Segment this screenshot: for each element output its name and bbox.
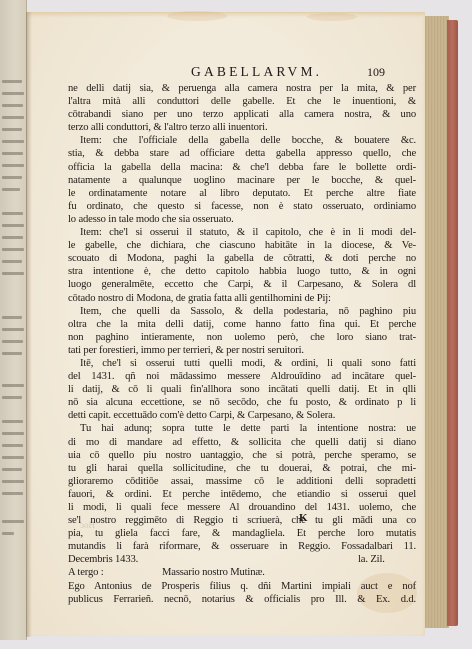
text-line: se'l nostro reggimēto di Reggio ti scriu… <box>68 514 416 527</box>
facing-page-text <box>2 520 24 523</box>
facing-page-text <box>2 80 22 83</box>
text-line: tati per forestieri, immo per terrieri, … <box>68 344 416 357</box>
text-line: lo adesso in tale modo che sia osseruato… <box>68 213 416 226</box>
text-line: ne delli datij sia, & peruenga alla came… <box>68 82 416 95</box>
text-line: natamente a qualunque uoglino macinare p… <box>68 174 416 187</box>
running-head: GABELLARVM. 109 <box>27 64 425 80</box>
facing-page-text <box>2 188 20 191</box>
facing-page-text <box>2 152 23 155</box>
text-line: li datij, & cō li quali fin'allhora sono… <box>68 383 416 396</box>
text-line: glioraremo cōditiōe assai, massime cō le… <box>68 475 416 488</box>
text-line: stra intentione è, che detto capitolo ha… <box>68 265 416 278</box>
facing-page-text <box>2 432 24 435</box>
facing-page-text <box>2 128 22 131</box>
facing-page-text <box>2 224 24 227</box>
foxing-stain <box>307 13 357 21</box>
text-line: tu gli harai quella sollicitudine, che t… <box>68 462 416 475</box>
text-line: di mo di mandare ad effetto, & sollicita… <box>68 436 416 449</box>
facing-page-text <box>2 236 23 239</box>
text-line: officia la gabella della macina: & che'l… <box>68 161 416 174</box>
paragraph-start: Item: che'l si osserui il statuto, & il … <box>68 226 416 239</box>
addressee: Massario nostro Mutinæ. <box>162 566 265 579</box>
foxing-stain <box>167 11 227 21</box>
text-line: cōtrabandi siano per uno terzo applicati… <box>68 108 416 121</box>
signature-initials: la. Zil. <box>358 553 385 566</box>
text-line: li modi, li quali fece messere Al drouan… <box>68 501 416 514</box>
paragraph-start: Tu hai adunq; sopra tutte le dette parti… <box>68 422 416 435</box>
facing-page-text <box>2 104 23 107</box>
text-line: nō sia alcuna eccettione, se nō secōdo, … <box>68 396 416 409</box>
text-line: cōtado nostro di Modona, de gratia fatta… <box>68 292 416 305</box>
facing-page-text <box>2 384 24 387</box>
facing-page-text <box>2 328 24 331</box>
page-number: 109 <box>367 65 385 80</box>
text-line: luogo generalmēte, eccetto che Carpi, & … <box>68 278 416 291</box>
paragraph-start: Item, che quelli da Sassolo, & della pod… <box>68 305 416 318</box>
text-line: terzo alli conduttori, & l'altro terzo a… <box>68 121 416 134</box>
a-tergo-label: A tergo : <box>68 566 104 579</box>
text-line: fu ordinato, che questo si facesse, non … <box>68 200 416 213</box>
paragraph-start: Itē, che'l si osserui tutti quelli modi,… <box>68 357 416 370</box>
a-tergo-row: A tergo : Massario nostro Mutinæ. <box>68 566 416 579</box>
text-line: pia, tu gliela facci fare, & mandagliela… <box>68 527 416 540</box>
facing-page-text <box>2 140 24 143</box>
facing-page-text <box>2 444 23 447</box>
page-block-edges <box>425 16 449 628</box>
facing-page-text <box>2 176 22 179</box>
text-line: oltra che la mita delli datij, come hann… <box>68 318 416 331</box>
signature-mark: K <box>299 512 308 524</box>
text-line: scouato di Modona, paghi la gabella de c… <box>68 252 416 265</box>
date-row: Decembris 1433. la. Zil. <box>68 553 416 566</box>
book-cover-edge <box>447 20 458 626</box>
facing-page-text <box>2 272 24 275</box>
text-line: le gabelle, che dichiara, che ciascuno h… <box>68 239 416 252</box>
facing-page-text <box>2 116 24 119</box>
text-line: non paghino intieramente, non uolemo per… <box>68 331 416 344</box>
text-line: l'altra mità alli conduttori delle gabel… <box>68 95 416 108</box>
facing-page-text <box>2 532 14 535</box>
date-line: Decembris 1433. <box>68 553 138 566</box>
facing-page-text <box>2 396 22 399</box>
facing-page-text <box>2 420 23 423</box>
facing-page-text <box>2 340 23 343</box>
notary-line: Ego Antonius de Prosperis filius q. dñi … <box>68 580 416 593</box>
facing-page-text <box>2 164 24 167</box>
facing-page-text <box>2 248 24 251</box>
gutter-shadow <box>26 12 32 637</box>
facing-page-text <box>2 260 22 263</box>
text-line: mutandis li farà riformare, & osseruare … <box>68 540 416 553</box>
facing-left-page <box>0 0 27 640</box>
text-line: fauori, & ordini. Et perche intēdemo, ch… <box>68 488 416 501</box>
facing-page-text <box>2 316 22 319</box>
paragraph-start: Item: che l'officiale della gabella dell… <box>68 134 416 147</box>
body-text: ne delli datij sia, & peruenga alla came… <box>68 82 416 606</box>
notary-line: publicus Ferrarieñ. necnō, notarius & of… <box>68 593 416 606</box>
facing-page-text <box>2 480 24 483</box>
facing-page-text <box>2 92 24 95</box>
facing-page-text <box>2 212 23 215</box>
text-line: le ordinatamente notare al libro deputat… <box>68 187 416 200</box>
facing-page-text <box>2 492 23 495</box>
text-line: uia cō quello piu nostro uantaggio, che … <box>68 449 416 462</box>
running-title: GABELLARVM. <box>191 64 322 80</box>
text-line: stia, & debba stare ad officiare detta g… <box>68 147 416 160</box>
facing-page-text <box>2 468 22 471</box>
bleed-through-text: Hoc <box>80 520 95 530</box>
facing-page-text <box>2 456 24 459</box>
text-line: del 1431. qñ noi mādassimo messere Aldro… <box>68 370 416 383</box>
facing-page-text <box>2 352 22 355</box>
text-line: detti capit. eccettuādo com'è detto Carp… <box>68 409 416 422</box>
